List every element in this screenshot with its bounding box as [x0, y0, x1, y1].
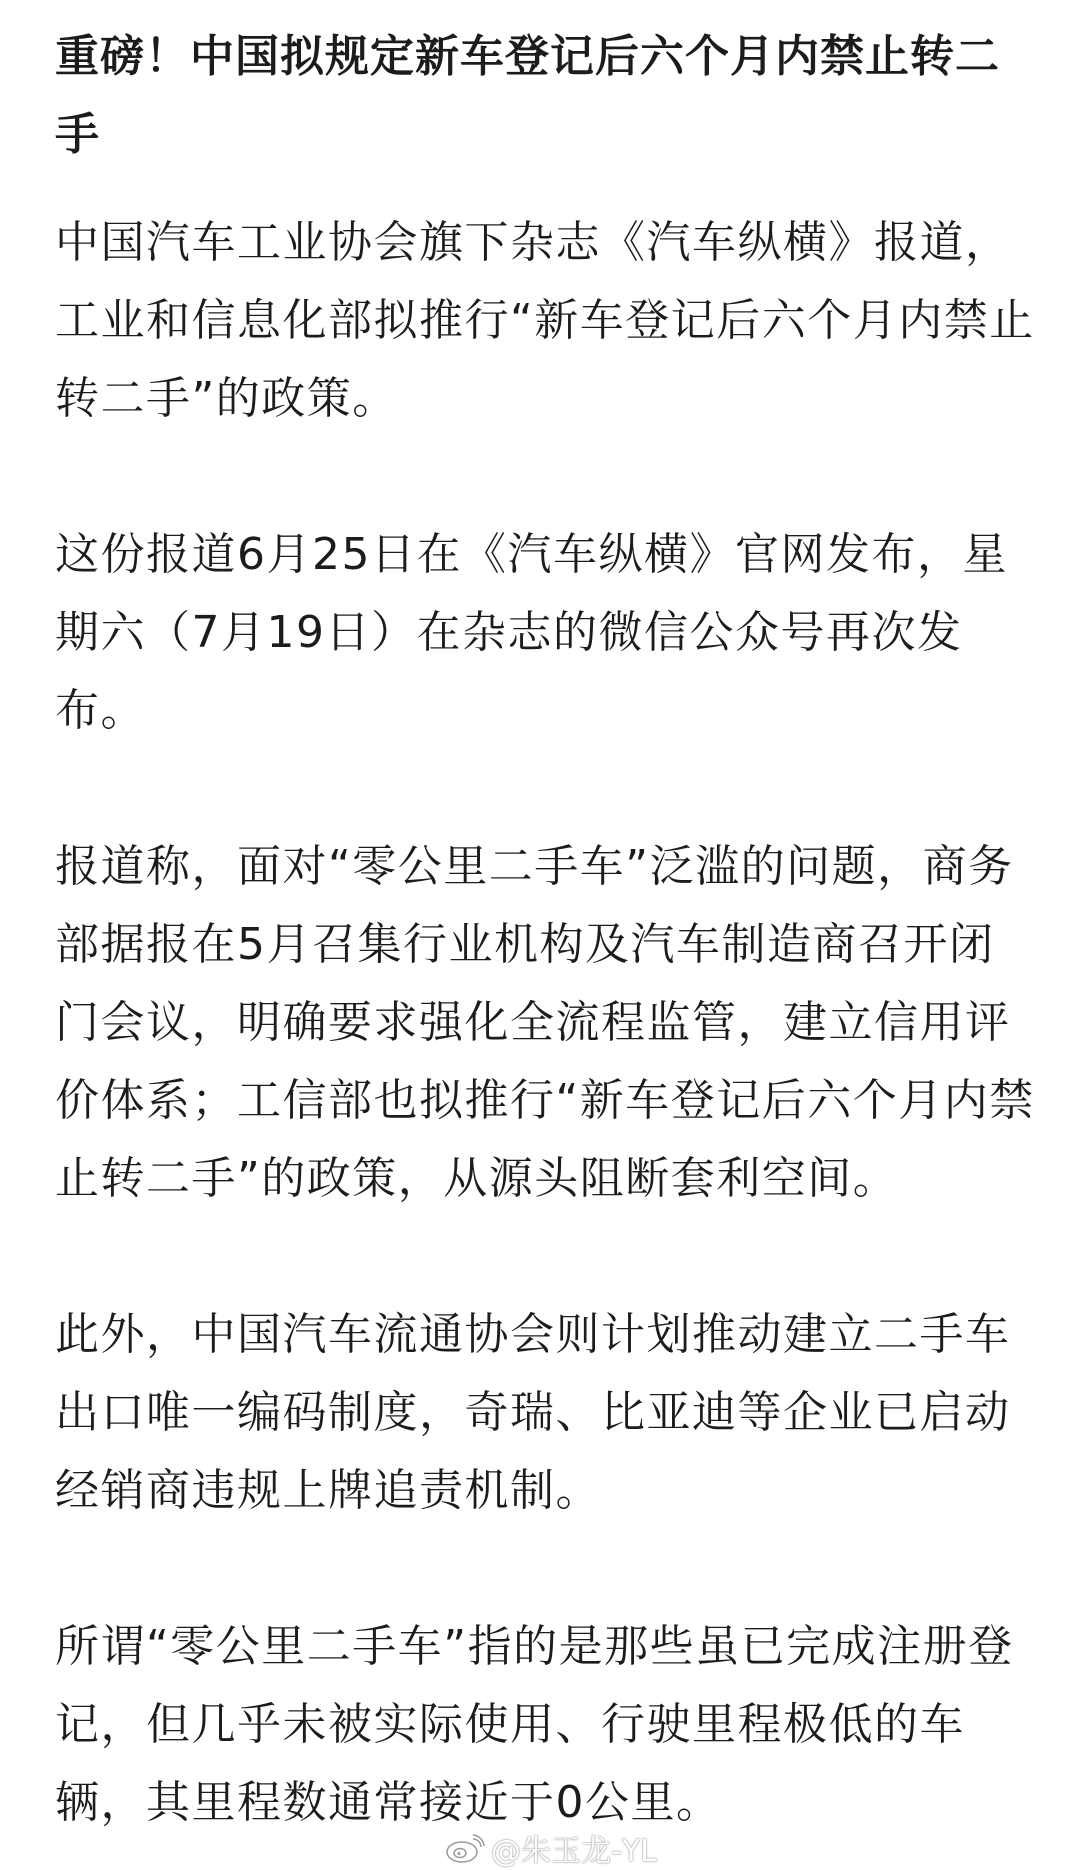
watermark-text: @朱玉龙-YL [491, 1826, 657, 1870]
paragraph-1: 中国汽车工业协会旗下杂志《汽车纵横》报道，工业和信息化部拟推行“新车登记后六个月… [55, 204, 1035, 438]
paragraph-5: 所谓“零公里二手车”指的是那些虽已完成注册登记，但几乎未被实际使用、行驶里程极低… [55, 1608, 1035, 1842]
weibo-icon [445, 1833, 485, 1863]
article: 重磅！中国拟规定新车登记后六个月内禁止转二手 中国汽车工业协会旗下杂志《汽车纵横… [55, 18, 1035, 1842]
paragraph-3: 报道称，面对“零公里二手车”泛滥的问题，商务部据报在5月召集行业机构及汽车制造商… [55, 828, 1035, 1218]
watermark: @朱玉龙-YL [445, 1826, 657, 1870]
article-title: 重磅！中国拟规定新车登记后六个月内禁止转二手 [55, 18, 1035, 174]
paragraph-2: 这份报道6月25日在《汽车纵横》官网发布，星期六（7月19日）在杂志的微信公众号… [55, 516, 1035, 750]
paragraph-4: 此外，中国汽车流通协会则计划推动建立二手车出口唯一编码制度，奇瑞、比亚迪等企业已… [55, 1296, 1035, 1530]
